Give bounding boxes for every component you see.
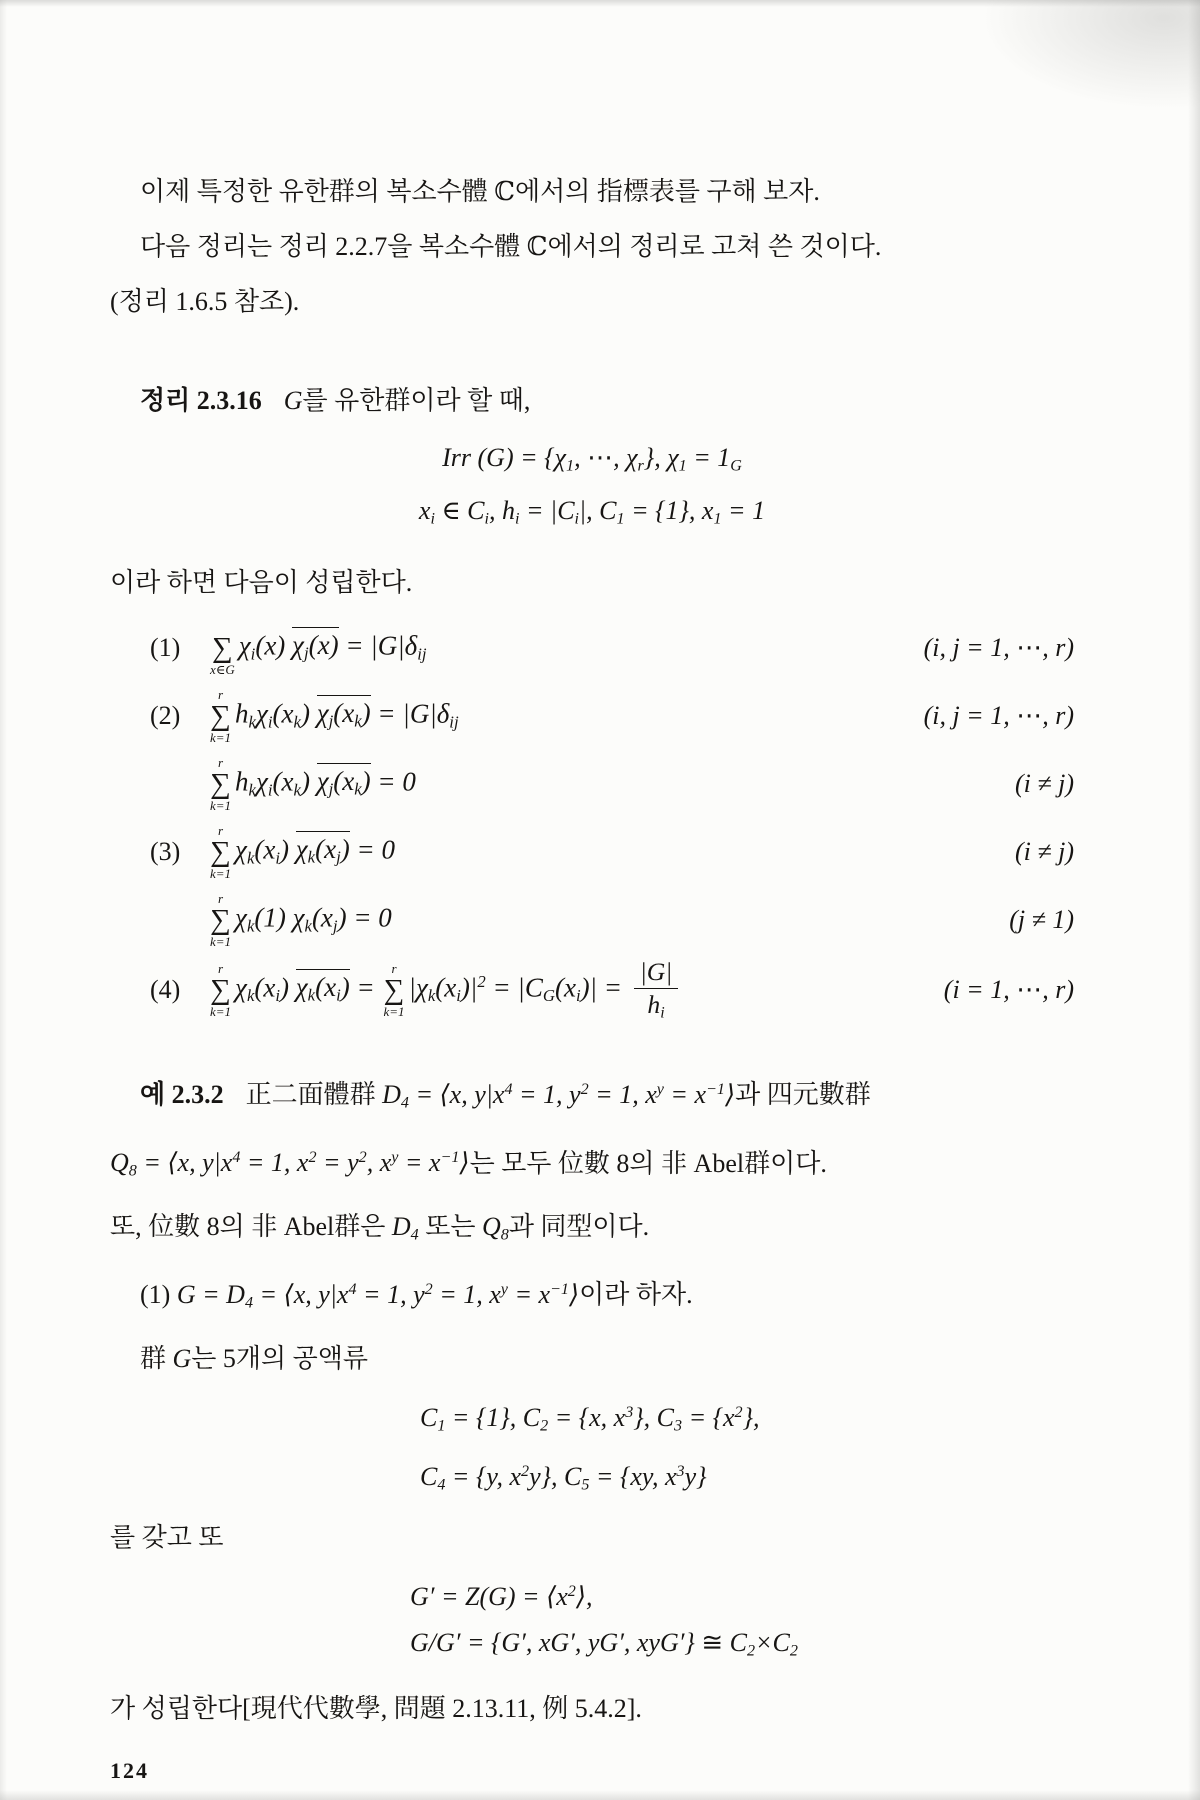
theorem-equation-list: (1) ∑x∈Gχi(x) χj(x) = |G|δij (i, j = 1, …	[110, 618, 1074, 1022]
example-section: 예 2.3.2正二面體群 D4 = ⟨x, y|x4 = 1, y2 = 1, …	[110, 1062, 1074, 1736]
conjugacy-classes-line-2: C4 = {y, x2y}, C5 = {xy, x3y}	[420, 1449, 1074, 1508]
theorem-heading: 정리 2.3.16G를 유한群이라 할 때,	[110, 373, 1074, 428]
theorem-lead-out: 이라 하면 다음이 성립한다.	[110, 555, 1074, 610]
equation-condition: (j ≠ 1)	[1009, 905, 1074, 935]
equation-formula: r∑k=1χk(xi) χk(xj) = 0	[208, 824, 395, 881]
example-heading-text: 正二面體群 D4 = ⟨x, y|x4 = 1, y2 = 1, xy = x−…	[246, 1080, 871, 1109]
equation-condition: (i, j = 1, ⋯, r)	[924, 633, 1074, 663]
equation-row-1: (1) ∑x∈Gχi(x) χj(x) = |G|δij (i, j = 1, …	[110, 618, 1074, 678]
example-label: 예 2.3.2	[140, 1080, 224, 1109]
setup-equation-1: Irr (G) = {χ1, ⋯, χr}, χ1 = 1G	[110, 436, 1074, 489]
conjugacy-classes-display: C1 = {1}, C2 = {x, x3}, C3 = {x2}, C4 = …	[420, 1390, 1074, 1509]
theorem-setup-equations: Irr (G) = {χ1, ⋯, χr}, χ1 = 1G xi ∈ Ci, …	[110, 436, 1074, 541]
equation-number: (2)	[150, 701, 208, 731]
derived-subgroup-line-1: G′ = Z(G) = ⟨x2⟩,	[410, 1569, 1074, 1620]
derived-subgroup-line-2: G/G′ = {G′, xG′, yG′, xyG′} ≅ C2×C2	[410, 1620, 1074, 1675]
derived-subgroup-display: G′ = Z(G) = ⟨x2⟩, G/G′ = {G′, xG′, yG′, …	[410, 1569, 1074, 1674]
equation-row-2b: r∑k=1hkχi(xk) χj(xk) = 0 (i ≠ j)	[110, 754, 1074, 814]
conjugacy-classes-line-1: C1 = {1}, C2 = {x, x3}, C3 = {x2},	[420, 1390, 1074, 1449]
equation-number: (4)	[150, 975, 208, 1005]
equation-formula: r∑k=1χk(xi) χk(xi) = r∑k=1|χk(xi)|2 = |C…	[208, 958, 683, 1022]
setup-equation-2: xi ∈ Ci, hi = |Ci|, C1 = {1}, x1 = 1	[110, 489, 1074, 542]
example-item-1: (1) G = D4 = ⟨x, y|x4 = 1, y2 = 1, xy = …	[110, 1262, 1074, 1330]
equation-formula: r∑k=1hkχi(xk) χj(xk) = 0	[208, 756, 416, 813]
equation-condition: (i, j = 1, ⋯, r)	[924, 701, 1074, 731]
equation-condition: (i ≠ j)	[1015, 837, 1074, 867]
intro-line-3: (정리 1.6.5 참조).	[110, 274, 1074, 329]
equation-row-2a: (2) r∑k=1hkχi(xk) χj(xk) = |G|δij (i, j …	[110, 686, 1074, 746]
equation-number: (1)	[150, 633, 208, 663]
theorem-statement: G를 유한群이라 할 때,	[284, 386, 531, 415]
page-content: 이제 특정한 유한群의 복소수體 ℂ에서의 指標表를 구해 보자. 다음 정리는…	[0, 0, 1200, 1784]
example-heading: 예 2.3.2正二面體群 D4 = ⟨x, y|x4 = 1, y2 = 1, …	[110, 1062, 1074, 1130]
equation-row-4: (4) r∑k=1χk(xi) χk(xi) = r∑k=1|χk(xi)|2 …	[110, 958, 1074, 1022]
example-closing-reference: 가 성립한다[現代代數學, 問題 2.13.11, 例 5.4.2].	[110, 1681, 1074, 1736]
equation-number: (3)	[150, 837, 208, 867]
equation-formula: ∑x∈Gχi(x) χj(x) = |G|δij	[208, 620, 427, 677]
theorem-label: 정리 2.3.16	[140, 386, 262, 415]
equation-row-3a: (3) r∑k=1χk(xi) χk(xj) = 0 (i ≠ j)	[110, 822, 1074, 882]
equation-formula: r∑k=1χk(1) χk(xj) = 0	[208, 892, 392, 949]
equation-condition: (i ≠ j)	[1015, 769, 1074, 799]
page-number: 124	[110, 1758, 1074, 1784]
intro-line-2: 다음 정리는 정리 2.2.7을 복소수體 ℂ에서의 정리로 고쳐 쓴 것이다.	[110, 219, 1074, 274]
scanned-book-page: { "page_number": "124", "intro": { "line…	[0, 0, 1200, 1800]
equation-row-3b: r∑k=1χk(1) χk(xj) = 0 (j ≠ 1)	[110, 890, 1074, 950]
intro-line-1: 이제 특정한 유한群의 복소수體 ℂ에서의 指標表를 구해 보자.	[110, 164, 1074, 219]
example-item-1-lead: 群 G는 5개의 공액류	[110, 1331, 1074, 1386]
equation-condition: (i = 1, ⋯, r)	[944, 975, 1074, 1005]
example-connect-text: 를 갖고 또	[110, 1510, 1074, 1565]
example-para-line-2: Q8 = ⟨x, y|x4 = 1, x2 = y2, xy = x−1⟩는 모…	[110, 1131, 1074, 1199]
equation-formula: r∑k=1hkχi(xk) χj(xk) = |G|δij	[208, 688, 459, 745]
example-para-line-3: 또, 位數 8의 非 Abel群은 D4 또는 Q8과 同型이다.	[110, 1199, 1074, 1263]
